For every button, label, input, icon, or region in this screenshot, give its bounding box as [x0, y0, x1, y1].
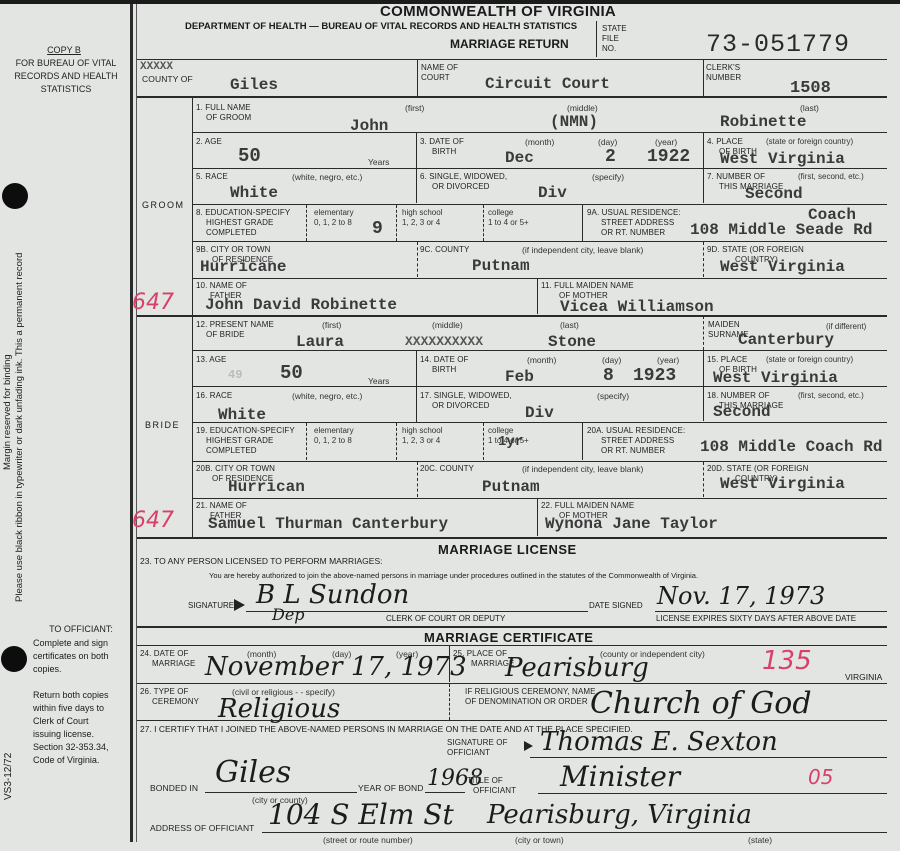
- rule: [137, 59, 887, 60]
- groom-middle-name: (NMN): [550, 113, 598, 131]
- maiden-hint: (if different): [826, 322, 866, 331]
- groom-county: Putnam: [472, 257, 530, 275]
- rule: [192, 386, 887, 387]
- first-hint: (first): [322, 320, 341, 330]
- rule: [137, 720, 887, 721]
- signature-arrow-icon: [524, 741, 533, 751]
- bride-education-college: 1yr: [498, 434, 523, 450]
- divider: [396, 423, 397, 460]
- state-virginia-label: VIRGINIA: [845, 672, 882, 682]
- groom-street: 108 Middle Seade Rd: [690, 221, 872, 239]
- bride-county-label: 20c. COUNTY: [420, 464, 474, 474]
- race-hint: (white, negro, etc.): [292, 172, 362, 182]
- groom-dob-year: 1922: [647, 147, 690, 167]
- first-hint: (first): [405, 103, 424, 113]
- clerk-signature-deputy: Dep: [272, 605, 305, 624]
- groom-section-label: GROOM: [142, 200, 185, 210]
- elementary-hint: elementary0, 1, 2 to 8: [314, 426, 354, 446]
- divider: [306, 423, 307, 460]
- month-hint: (month): [525, 137, 554, 147]
- marriage-date-label: 24. DATE OFMARRIAGE: [140, 649, 195, 669]
- officiant-address-city-state: Pearisburg, Virginia: [487, 800, 752, 830]
- denomination-label: IF RELIGIOUS CEREMONY, NAMEOF DENOMINATI…: [465, 687, 596, 707]
- struck-text: XXXXX: [140, 61, 173, 73]
- divider: [483, 205, 484, 241]
- marriage-number-hint: (first, second, etc.): [798, 172, 864, 181]
- form-name: MARRIAGE RETURN: [450, 37, 569, 51]
- groom-education-elementary: 9: [372, 219, 383, 239]
- groom-education-label: 8. EDUCATION-SPECIFYHIGHEST GRADECOMPLET…: [196, 208, 290, 238]
- marriage-date: November 17, 1973: [205, 652, 467, 682]
- bond-year-line: [425, 792, 465, 793]
- middle-hint: (middle): [432, 320, 463, 330]
- city-hint: (city or town): [515, 835, 564, 845]
- groom-age: 50: [238, 145, 261, 167]
- bond-year-label: YEAR OF BOND: [358, 783, 423, 793]
- state-file-label: STATEFILENO.: [602, 24, 627, 54]
- rule: [137, 96, 887, 98]
- certificate-section-title: MARRIAGE CERTIFICATE: [424, 630, 593, 645]
- date-signed-label: DATE SIGNED: [589, 601, 643, 610]
- rule: [192, 168, 887, 169]
- bride-mother: Wynona Jane Taylor: [545, 515, 718, 533]
- officiant-title-line: [538, 793, 887, 794]
- groom-status: Div: [538, 184, 567, 202]
- bride-county: Putnam: [482, 478, 540, 496]
- marriage-number-hint: (first, second, etc.): [798, 391, 864, 400]
- years-label: Years: [368, 157, 389, 167]
- officiant-signature-line: [530, 757, 887, 758]
- groom-status-label: 6. SINGLE, WIDOWED,OR DIVORCED: [420, 172, 507, 192]
- officiant-title-label: TITLE OFOFFICIANT: [467, 776, 516, 796]
- day-hint: (day): [602, 355, 621, 365]
- rule: [192, 350, 887, 351]
- bride-dob-year: 1923: [633, 366, 676, 386]
- rule: [192, 132, 887, 133]
- groom-race-label: 5. RACE: [196, 172, 228, 182]
- binding-hole-bottom: [1, 646, 27, 672]
- birthplace-hint: (state or foreign country): [766, 137, 853, 146]
- bride-status: Div: [525, 404, 554, 422]
- month-hint: (month): [527, 355, 556, 365]
- court-value: Circuit Court: [485, 75, 610, 93]
- divider: [417, 60, 418, 96]
- divider: [596, 21, 597, 57]
- license-authorization: You are hereby authorized to join the ab…: [209, 571, 698, 580]
- binding-note: Margin reserved for binding: [2, 354, 13, 470]
- divider: [703, 462, 704, 497]
- date-signed-value: Nov. 17, 1973: [657, 582, 825, 610]
- bride-middle-name-struck: XXXXXXXXXX: [405, 334, 483, 349]
- department-line: DEPARTMENT OF HEALTH — BUREAU OF VITAL R…: [185, 21, 577, 32]
- divider: [417, 242, 418, 277]
- copy-description: FOR BUREAU OF VITALRECORDS AND HEALTHSTA…: [10, 57, 122, 96]
- copy-label: COPY B: [14, 44, 114, 57]
- officiant-instructions-2: Return both copieswithin five days toCle…: [33, 689, 128, 741]
- rule: [137, 315, 887, 317]
- ink-note: Please use black ribbon in typewriter or…: [14, 253, 25, 602]
- margin-rule: [130, 4, 133, 842]
- groom-marriage-number: Second: [745, 185, 803, 203]
- groom-state: West Virginia: [720, 258, 845, 276]
- rule: [192, 461, 887, 462]
- elementary-hint: elementary0, 1, 2 to 8: [314, 208, 354, 228]
- code-section: Section 32-353.34,Code of Virginia.: [33, 741, 128, 767]
- clerk-of-court-label: CLERK OF COURT OR DEPUTY: [386, 614, 505, 623]
- groom-residence-label: 9a. USUAL RESIDENCE:STREET ADDRESSOR RT.…: [587, 208, 681, 238]
- divider: [703, 242, 704, 277]
- last-hint: (last): [560, 320, 579, 330]
- license-expiry-note: LICENSE EXPIRES SIXTY DAYS AFTER ABOVE D…: [656, 614, 856, 623]
- middle-hint: (middle): [567, 103, 598, 113]
- bride-margin-code: 647: [132, 508, 174, 533]
- officiant-signature-label: SIGNATURE OFOFFICIANT: [447, 738, 508, 758]
- divider: [416, 387, 417, 422]
- rule: [137, 537, 887, 539]
- officiant-signature: Thomas E. Sexton: [540, 727, 778, 757]
- section-divider: [192, 97, 193, 537]
- bride-section-label: BRIDE: [145, 420, 180, 430]
- bride-dob-label: 14. DATE OFBIRTH: [420, 355, 469, 375]
- rule: [192, 204, 887, 205]
- divider: [416, 169, 417, 203]
- rule: [192, 498, 887, 499]
- street-hint: (street or route number): [323, 835, 413, 845]
- signature-arrow-icon: [234, 599, 245, 611]
- bride-race-label: 16. RACE: [196, 391, 232, 401]
- race-hint: (white, negro, etc.): [292, 391, 362, 401]
- bride-father: Samuel Thurman Canterbury: [208, 515, 448, 533]
- form-code: VS3-12/72: [3, 753, 14, 800]
- rule: [137, 626, 887, 628]
- ceremony-type-label: 26. TYPE OFCEREMONY: [140, 687, 199, 707]
- bride-age-struck: 49: [228, 368, 242, 382]
- groom-dob-month: Dec: [505, 149, 534, 167]
- signature-label: SIGNATURE: [188, 601, 234, 610]
- bride-age-label: 13. AGE: [196, 355, 227, 365]
- divider: [703, 316, 704, 350]
- county-label: COUNTY OF: [142, 74, 193, 84]
- groom-father: John David Robinette: [205, 296, 397, 314]
- bonded-in-value: Giles: [215, 755, 291, 790]
- specify-hint: (specify): [597, 391, 629, 401]
- state-hint: (state): [748, 835, 772, 845]
- college-hint: college1 to 4 or 5+: [488, 208, 529, 228]
- bride-last-name: Stone: [548, 333, 596, 351]
- divider: [306, 205, 307, 241]
- groom-last-name: Robinette: [720, 113, 806, 131]
- bride-name-label: 12. PRESENT NAMEOF BRIDE: [196, 320, 274, 340]
- bride-marriage-number: Second: [713, 403, 771, 421]
- year-hint: (year): [655, 137, 677, 147]
- rule: [192, 422, 887, 423]
- bride-birthplace: West Virginia: [713, 369, 838, 387]
- officiant-address-line: [262, 832, 887, 833]
- binding-hole-top: [2, 183, 28, 209]
- county-hint: (if independent city, leave blank): [522, 245, 643, 255]
- rule: [192, 241, 887, 242]
- county-hint: (if independent city, leave blank): [522, 464, 643, 474]
- bride-status-label: 17. SINGLE, WIDOWED,OR DIVORCED: [420, 391, 512, 411]
- groom-county-label: 9c. COUNTY: [420, 245, 469, 255]
- bonded-in-line: [205, 792, 357, 793]
- title-code: 05: [808, 765, 833, 789]
- high-school-hint: high school1, 2, 3 or 4: [402, 426, 442, 446]
- bride-street: 108 Middle Coach Rd: [700, 438, 882, 456]
- bride-education-label: 19. EDUCATION-SPECIFYHIGHEST GRADECOMPLE…: [196, 426, 295, 456]
- marriage-place: Pearisburg: [505, 653, 649, 683]
- bride-residence-label: 20a. USUAL RESIDENCE:STREET ADDRESSOR RT…: [587, 426, 685, 456]
- groom-dob-label: 3. DATE OFBIRTH: [420, 137, 464, 157]
- divider: [396, 205, 397, 241]
- place-code: 135: [762, 646, 812, 676]
- officiant-title: Minister: [560, 760, 680, 793]
- bride-dob-month: Feb: [505, 368, 534, 386]
- divider: [703, 60, 704, 96]
- officiant-address-label: ADDRESS OF OFFICIANT: [150, 823, 254, 833]
- bride-state: West Virginia: [720, 475, 845, 493]
- officiant-address-street: 104 S Elm St: [268, 798, 454, 831]
- groom-birthplace: West Virginia: [720, 150, 845, 168]
- bride-city: Hurrican: [228, 478, 305, 496]
- bonded-in-label: BONDED IN: [150, 783, 198, 793]
- divider: [416, 351, 417, 386]
- divider: [582, 423, 583, 460]
- divider: [537, 499, 538, 536]
- state-file-number: 73-051779: [706, 30, 850, 59]
- high-school-hint: high school1, 2, 3 or 4: [402, 208, 442, 228]
- bride-maiden-surname: Canterbury: [738, 331, 834, 349]
- officiant-note-title: TO OFFICIANT:: [36, 623, 126, 636]
- groom-margin-code: 647: [132, 290, 174, 315]
- divider: [537, 279, 538, 314]
- divider: [416, 133, 417, 168]
- clerk-number-label: CLERK'SNUMBER: [706, 63, 741, 83]
- license-section-title: MARRIAGE LICENSE: [438, 542, 577, 557]
- denomination: Church of God: [590, 686, 812, 721]
- groom-mother: Vicea Williamson: [560, 298, 714, 316]
- year-hint: (year): [657, 355, 679, 365]
- officiant-instructions-1: Complete and signcertificates on bothcop…: [33, 637, 128, 676]
- groom-city: Hurricane: [200, 258, 286, 276]
- divider: [483, 423, 484, 460]
- document-title: COMMONWEALTH OF VIRGINIA: [380, 3, 616, 20]
- specify-hint: (specify): [592, 172, 624, 182]
- groom-name-label: 1. FULL NAMEOF GROOM: [196, 103, 251, 123]
- birthplace-hint: (state or foreign country): [766, 355, 853, 364]
- bride-age: 50: [280, 362, 303, 384]
- bride-dob-day: 8: [603, 366, 614, 386]
- county-value: Giles: [230, 76, 278, 94]
- rule: [192, 278, 887, 279]
- margin-rule-inner: [136, 4, 137, 842]
- rule: [137, 683, 887, 684]
- years-label: Years: [368, 376, 389, 386]
- divider: [449, 684, 450, 720]
- bride-first-name: Laura: [296, 333, 344, 351]
- divider: [582, 205, 583, 241]
- divider: [449, 646, 450, 682]
- date-signed-line: [655, 611, 887, 612]
- day-hint: (day): [598, 137, 617, 147]
- last-hint: (last): [800, 103, 819, 113]
- divider: [417, 462, 418, 497]
- court-label: NAME OFCOURT: [421, 63, 458, 83]
- groom-age-label: 2. AGE: [196, 137, 222, 147]
- groom-dob-day: 2: [605, 147, 616, 167]
- groom-race: White: [230, 184, 278, 202]
- license-address-line: 23. TO ANY PERSON LICENSED TO PERFORM MA…: [140, 556, 382, 566]
